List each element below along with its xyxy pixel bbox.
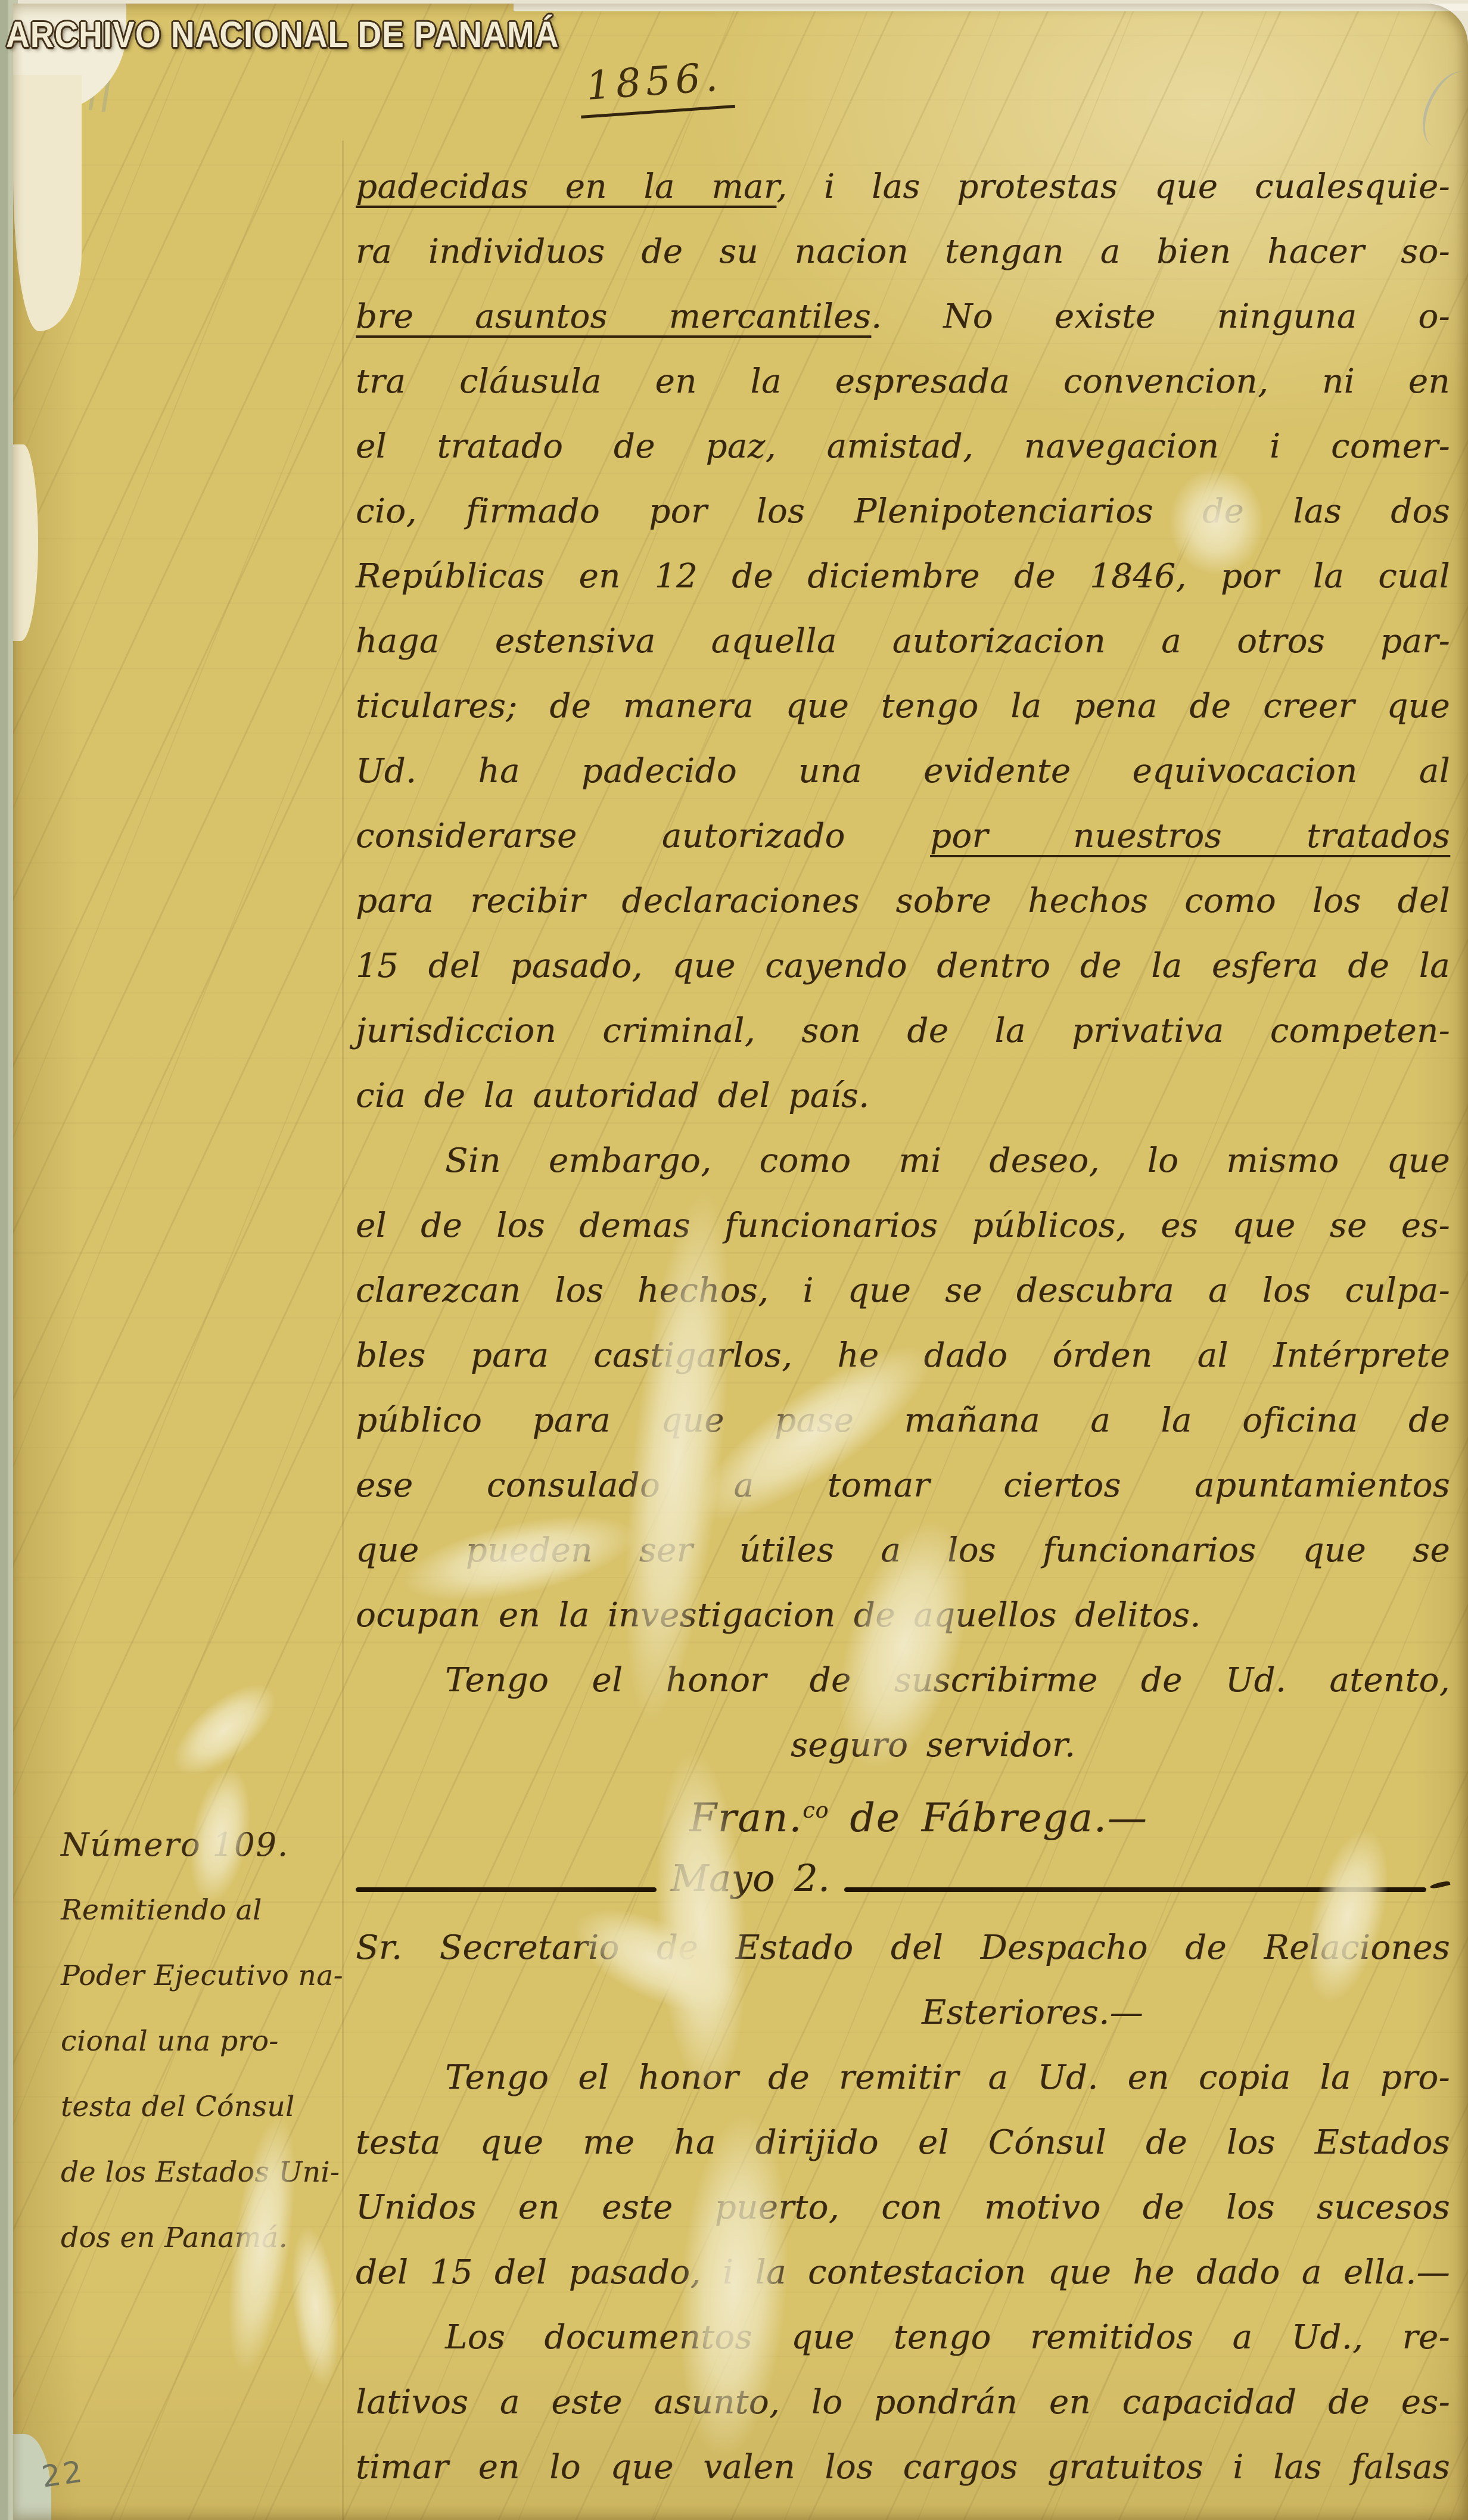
manuscript-scan: { "palette": { "paper": "#d8c26a", "ink"…	[0, 0, 1468, 2520]
torn-corner-top-left	[13, 75, 82, 331]
page-number-pencil: 22	[39, 2454, 86, 2494]
letter-line: Ud. ha padecido una evidente equivocacio…	[356, 739, 1450, 804]
letter-line: del 15 del pasado, i la contestacion que…	[356, 2240, 1450, 2305]
letter-line: ocupan en la investigacion de aquellos d…	[356, 1583, 1450, 1648]
backing-top-edge	[514, 4, 1468, 11]
underlined-phrase: por nuestros tratados	[930, 817, 1450, 855]
letter-line: testa que me ha dirijido el Cónsul de lo…	[356, 2110, 1450, 2175]
archive-stamp: ARCHIVO NACIONAL DE PANAMÁ	[6, 13, 559, 56]
letter-line: tra cláusula en la espresada convencion,…	[356, 349, 1450, 414]
underlined-phrase: bre asuntos mercantiles	[356, 297, 871, 336]
letter-line: cia de la autoridad del país.	[356, 1063, 1450, 1128]
letter-line: jurisdiccion criminal, son de la privati…	[356, 998, 1450, 1063]
margin-note-line: testa del Cónsul	[61, 2074, 344, 2140]
margin-annotation: Número 109. Remitiendo al Poder Ejecutiv…	[61, 1812, 344, 2271]
manuscript-page: 1856. padecidas en la mar, i las protest…	[13, 4, 1468, 2520]
water-stain	[158, 1668, 291, 1792]
margin-note-line: cional una pro-	[61, 2009, 344, 2074]
underlined-phrase: padecidas en la mar	[356, 167, 776, 206]
margin-note-line: de los Estados Uni-	[61, 2140, 344, 2205]
letter-line: el tratado de paz, amistad, navegacion i…	[356, 414, 1450, 479]
letter-line: ticulares; de manera que tengo la pena d…	[356, 674, 1450, 739]
signature-text: de Fábrega.—	[829, 1795, 1147, 1841]
line-text: considerarse autorizado	[356, 817, 930, 855]
divider-rule-right	[844, 1887, 1426, 1892]
margin-number: Número 109.	[61, 1812, 344, 1878]
letter-line: bles para castigarlos, he dado órden al …	[356, 1323, 1450, 1388]
letter-line: Sin embargo, como mi deseo, lo mismo que	[356, 1128, 1450, 1193]
margin-note-line: Remitiendo al	[61, 1878, 344, 1943]
letter-line: bre asuntos mercantiles. No existe ningu…	[356, 284, 1450, 349]
letter-line: timar en lo que valen los cargos gratuit…	[356, 2435, 1450, 2500]
letter-line: haga estensiva aquella autorizacion a ot…	[356, 609, 1450, 674]
letter-body: padecidas en la mar, i las protestas que…	[356, 154, 1450, 2500]
divider-rule-left	[356, 1887, 657, 1892]
letter-line: padecidas en la mar, i las protestas que…	[356, 154, 1450, 219]
line-text: , i las protestas que cualesquie-	[776, 167, 1450, 206]
letter-line: Repúblicas en 12 de diciembre de 1846, p…	[356, 544, 1450, 609]
letter-line: lativos a este asunto, lo pondrán en cap…	[356, 2370, 1450, 2435]
closing-line: seguro servidor.	[356, 1713, 1450, 1778]
signature-text: Fran.	[689, 1795, 803, 1841]
signature-superscript: co	[803, 1797, 829, 1823]
letter-line: 15 del pasado, que cayendo dentro de la …	[356, 934, 1450, 998]
date-divider: Mayo 2.	[356, 1850, 1450, 1915]
letter-line: el de los demas funcionarios públicos, e…	[356, 1193, 1450, 1258]
line-text: . No existe ninguna o-	[871, 297, 1450, 336]
letter-line: Tengo el honor de suscribirme de Ud. ate…	[356, 1648, 1450, 1713]
divider-rule-hook	[1430, 1880, 1451, 1890]
letter-line: Tengo el honor de remitir a Ud. en copia…	[356, 2045, 1450, 2110]
divider-date-label: Mayo 2.	[671, 1860, 830, 1897]
margin-note-line: dos en Panamá.	[61, 2205, 344, 2271]
torn-edge-left	[13, 444, 38, 641]
corner-pencil-arc	[1413, 63, 1468, 158]
letter-line: ra individuos de su nacion tengan a bien…	[356, 219, 1450, 284]
letter-line: clarezcan los hechos, i que se descubra …	[356, 1258, 1450, 1323]
letter-line: para recibir declaraciones sobre hechos …	[356, 869, 1450, 934]
letter-line: público para que pase mañana a la oficin…	[356, 1388, 1450, 1453]
letter-line: Esteriores.—	[356, 1980, 1450, 2045]
signature: Fran.co de Fábrega.—	[356, 1778, 1450, 1850]
letter-line: ese consulado a tomar ciertos apuntamien…	[356, 1453, 1450, 1518]
letter-line: Los documentos que tengo remitidos a Ud.…	[356, 2305, 1450, 2370]
letter-line: Sr. Secretario de Estado del Despacho de…	[356, 1915, 1450, 1980]
letter-line: Unidos en este puerto, con motivo de los…	[356, 2175, 1450, 2240]
letter-line: que pueden ser útiles a los funcionarios…	[356, 1518, 1450, 1583]
margin-note-line: Poder Ejecutivo na-	[61, 1943, 344, 2009]
letter-line: considerarse autorizado por nuestros tra…	[356, 804, 1450, 869]
letter-line: cio, firmado por los Plenipotenciarios d…	[356, 479, 1450, 544]
year-label: 1856.	[577, 53, 735, 119]
